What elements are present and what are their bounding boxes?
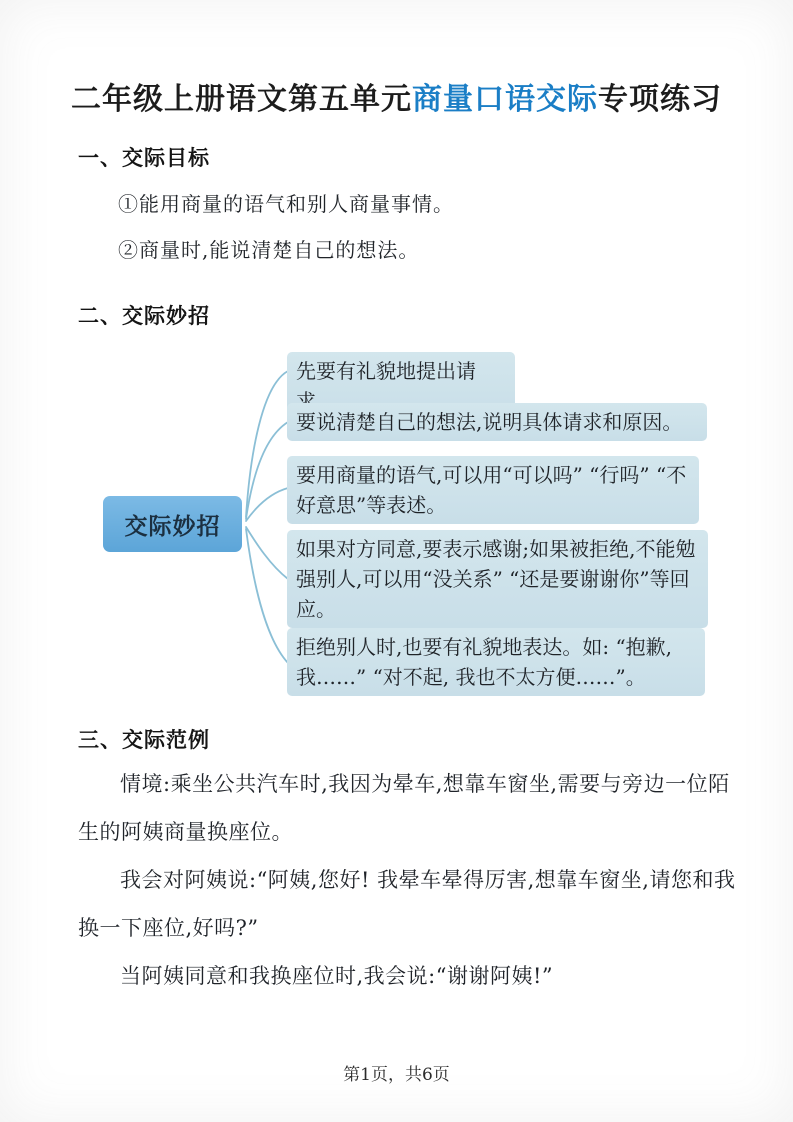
examples-section: 情境:乘坐公共汽车时,我因为晕车,想靠车窗坐,需要与旁边一位陌生的阿姨商量换座位… [78,760,744,1000]
worksheet-page: 二年级上册语文第五单元商量口语交际专项练习 一、交际目标 ①能用商量的语气和别人… [0,0,793,1122]
mindmap-branch-4: 如果对方同意,要表示感谢;如果被拒绝,不能勉强别人,可以用“没关系” “还是要谢… [287,530,708,628]
mindmap-branch-5: 拒绝别人时,也要有礼貌地表达。如: “抱歉,我……” “对不起, 我也不太方便…… [287,628,705,696]
section-heading-examples: 三、交际范例 [78,724,210,754]
mindmap-root-node: 交际妙招 [103,496,242,552]
page-title-suffix: 专项练习 [598,83,722,116]
mindmap-branch-3: 要用商量的语气,可以用“可以吗” “行吗” “不好意思”等表述。 [287,456,699,524]
section-heading-tips: 二、交际妙招 [78,300,210,330]
page-title: 二年级上册语文第五单元商量口语交际专项练习 [0,74,793,118]
example-paragraph-situation: 情境:乘坐公共汽车时,我因为晕车,想靠车窗坐,需要与旁边一位陌生的阿姨商量换座位… [78,760,744,856]
example-paragraph-thanks: 当阿姨同意和我换座位时,我会说:“谢谢阿姨!” [78,952,744,1000]
page-title-prefix: 二年级上册语文第五单元 [71,83,412,116]
example-paragraph-request: 我会对阿姨说:“阿姨,您好! 我晕车晕得厉害,想靠车窗坐,请您和我换一下座位,好… [78,856,744,952]
page-title-highlight: 商量口语交际 [412,83,598,116]
section-heading-goals: 一、交际目标 [78,142,210,172]
mindmap-branch-2: 要说清楚自己的想法,说明具体请求和原因。 [287,403,707,441]
goal-item-1: ①能用商量的语气和别人商量事情。 [118,188,454,217]
page-footer: 第1页，共6页 [0,1060,793,1085]
goal-item-2: ②商量时,能说清楚自己的想法。 [118,234,419,263]
